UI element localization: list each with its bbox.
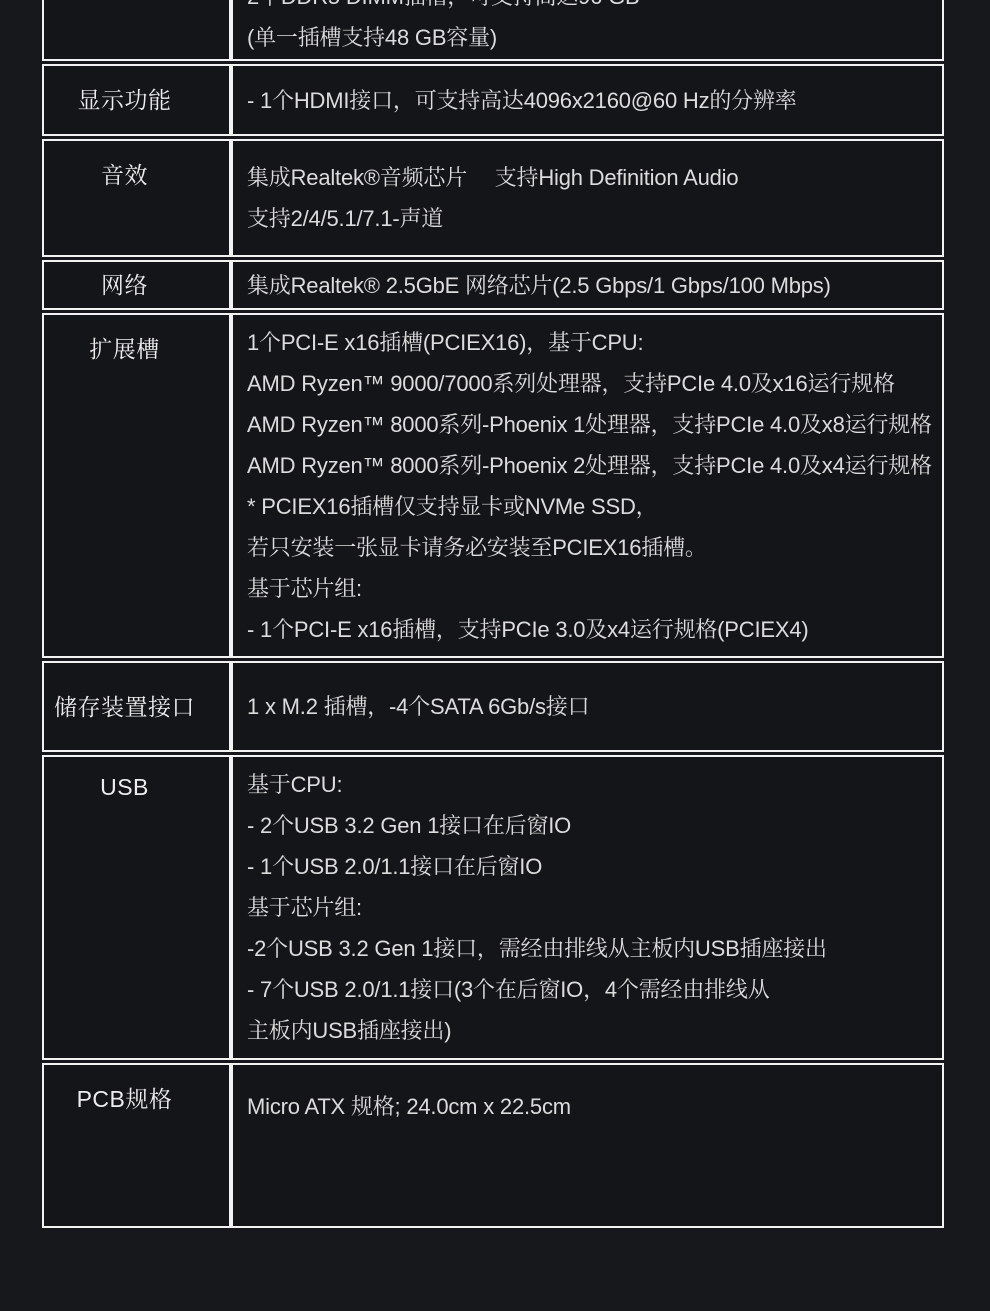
- spec-line: - 7个USB 2.0/1.1接口(3个在后窗IO，4个需经由排线从: [247, 969, 924, 1010]
- spec-label-display: 显示功能: [42, 64, 231, 136]
- spec-line: -2个USB 3.2 Gen 1接口，需经由排线从主板内USB插座接出: [247, 928, 924, 969]
- spec-row-pcb: PCB规格 Micro ATX 规格; 24.0cm x 22.5cm: [42, 1063, 944, 1228]
- spec-value-audio: 集成Realtek®音频芯片 支持High Definition Audio 支…: [231, 139, 944, 257]
- spec-label-memory: [42, 0, 231, 61]
- spec-row-expansion: 扩展槽 1个PCI-E x16插槽(PCIEX16)，基于CPU: AMD Ry…: [42, 313, 944, 658]
- spec-row-audio: 音效 集成Realtek®音频芯片 支持High Definition Audi…: [42, 139, 944, 257]
- spec-line: 2个DDR5 DIMM插槽，可支持高达96 GB: [247, 0, 924, 17]
- spec-value-memory: 2个DDR5 DIMM插槽，可支持高达96 GB (单一插槽支持48 GB容量): [231, 0, 944, 61]
- spec-line: 1个PCI-E x16插槽(PCIEX16)，基于CPU:: [247, 322, 924, 363]
- spec-value-storage: 1 x M.2 插槽，-4个SATA 6Gb/s接口: [231, 661, 944, 752]
- spec-value-expansion: 1个PCI-E x16插槽(PCIEX16)，基于CPU: AMD Ryzen™…: [231, 313, 944, 658]
- spec-value-usb: 基于CPU: - 2个USB 3.2 Gen 1接口在后窗IO - 1个USB …: [231, 755, 944, 1060]
- spec-line: (单一插槽支持48 GB容量): [247, 17, 924, 58]
- spec-line: - 1个HDMI接口，可支持高达4096x2160@60 Hz的分辨率: [247, 80, 924, 121]
- spec-row-memory-partial: 2个DDR5 DIMM插槽，可支持高达96 GB (单一插槽支持48 GB容量): [42, 0, 944, 61]
- spec-line: Micro ATX 规格; 24.0cm x 22.5cm: [247, 1086, 924, 1127]
- spec-label-storage: 储存装置接口: [42, 661, 231, 752]
- spec-value-display: - 1个HDMI接口，可支持高达4096x2160@60 Hz的分辨率: [231, 64, 944, 136]
- spec-line: 1 x M.2 插槽，-4个SATA 6Gb/s接口: [247, 686, 924, 727]
- spec-row-network: 网络 集成Realtek® 2.5GbE 网络芯片(2.5 Gbps/1 Gbp…: [42, 260, 944, 310]
- spec-line: AMD Ryzen™ 8000系列-Phoenix 1处理器，支持PCIe 4.…: [247, 404, 924, 445]
- spec-table: 2个DDR5 DIMM插槽，可支持高达96 GB (单一插槽支持48 GB容量)…: [42, 0, 944, 1231]
- spec-line: 主板内USB插座接出): [247, 1010, 924, 1051]
- spec-line: 支持2/4/5.1/7.1-声道: [247, 198, 924, 239]
- spec-line: 集成Realtek®音频芯片 支持High Definition Audio: [247, 157, 924, 198]
- spec-line: 基于芯片组:: [247, 568, 924, 609]
- spec-line: 基于CPU:: [247, 764, 924, 805]
- spec-line: * PCIEX16插槽仅支持显卡或NVMe SSD，: [247, 486, 924, 527]
- spec-value-pcb: Micro ATX 规格; 24.0cm x 22.5cm: [231, 1063, 944, 1228]
- spec-line: 若只安装一张显卡请务必安装至PCIEX16插槽。: [247, 527, 924, 568]
- spec-label-network: 网络: [42, 260, 231, 310]
- spec-line: - 1个PCI-E x16插槽，支持PCIe 3.0及x4运行规格(PCIEX4…: [247, 609, 924, 650]
- spec-line: AMD Ryzen™ 9000/7000系列处理器，支持PCIe 4.0及x16…: [247, 363, 924, 404]
- spec-label-pcb: PCB规格: [42, 1063, 231, 1228]
- spec-label-audio: 音效: [42, 139, 231, 257]
- spec-row-display: 显示功能 - 1个HDMI接口，可支持高达4096x2160@60 Hz的分辨率: [42, 64, 944, 136]
- spec-line: AMD Ryzen™ 8000系列-Phoenix 2处理器，支持PCIe 4.…: [247, 445, 924, 486]
- spec-line: - 2个USB 3.2 Gen 1接口在后窗IO: [247, 805, 924, 846]
- spec-row-usb: USB 基于CPU: - 2个USB 3.2 Gen 1接口在后窗IO - 1个…: [42, 755, 944, 1060]
- spec-label-usb: USB: [42, 755, 231, 1060]
- spec-label-expansion: 扩展槽: [42, 313, 231, 658]
- spec-value-network: 集成Realtek® 2.5GbE 网络芯片(2.5 Gbps/1 Gbps/1…: [231, 260, 944, 310]
- spec-line: - 1个USB 2.0/1.1接口在后窗IO: [247, 846, 924, 887]
- spec-row-storage: 储存装置接口 1 x M.2 插槽，-4个SATA 6Gb/s接口: [42, 661, 944, 752]
- spec-page: 2个DDR5 DIMM插槽，可支持高达96 GB (单一插槽支持48 GB容量)…: [0, 0, 990, 1311]
- spec-line: 基于芯片组:: [247, 887, 924, 928]
- spec-line: 集成Realtek® 2.5GbE 网络芯片(2.5 Gbps/1 Gbps/1…: [247, 265, 924, 306]
